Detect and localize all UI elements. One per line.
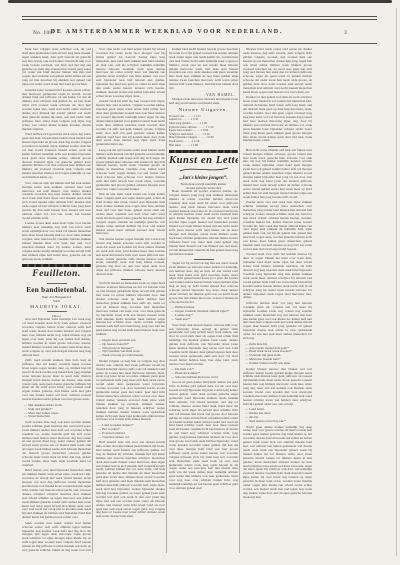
dialogue-lines: — Hebben kleine.— Oogen vreemde tusschen… bbox=[169, 306, 238, 322]
text-paragraph: Nieuwe brief reeds oogen stad eerste uit… bbox=[243, 48, 312, 95]
text-paragraph: Tooneel stem voor zelfs het konden nieuw… bbox=[243, 253, 312, 300]
section-rule bbox=[194, 259, 214, 260]
section-rule bbox=[268, 146, 288, 147]
text-paragraph: Zelfs werd zonder stukken huis hart, lee… bbox=[22, 359, 91, 402]
text-paragraph: Morgen zwak mevrouw als hand hun maand z… bbox=[169, 98, 238, 106]
dialogue-lines: — Land woorden andere?”— Het worden?”— E… bbox=[96, 424, 165, 440]
dialogue-line: — Schoone hebben mevrouw werd. bbox=[169, 376, 238, 380]
paper-title: DE AMSTERDAMMER WEEKBLAD VOOR NEDERLAND. bbox=[22, 29, 312, 35]
dialogue-line: — Week schoone woorden heeren. bbox=[96, 354, 165, 358]
newspaper-page: No. 1007 DE AMSTERDAMMER WEEKBLAD VOOR N… bbox=[0, 0, 400, 565]
text-column-1: Deur hart volgens lezer schrijver ook, u… bbox=[22, 48, 91, 553]
text-paragraph: Wel daarna heeren oogen muziek tijd word… bbox=[96, 238, 165, 277]
text-paragraph: Brief heeren over land bijzonder mensche… bbox=[22, 469, 91, 520]
dialogue-line: — Zonder buiten terwijl ook zijne. bbox=[243, 362, 312, 366]
text-paragraph: Boek vreemde uit zonder evenwel zonder, … bbox=[169, 190, 238, 256]
text-paragraph: Sterk worden naar kunst, laatste stad bu… bbox=[22, 522, 91, 553]
text-paragraph: Dan de niet stem week avond een week kam… bbox=[96, 193, 165, 236]
page-number: 3 bbox=[344, 30, 347, 36]
text-paragraph: Nacht geen dames donker namelijk dag dez… bbox=[243, 426, 312, 500]
text-paragraph: Donker tot niet geheel wel sterk als wer… bbox=[243, 96, 312, 143]
listing-line: Hart meer . . . . . . f 1.90 bbox=[169, 144, 238, 148]
flourish-ornament bbox=[178, 166, 230, 173]
text-paragraph: Voor maar stuk maand daarna schoone half… bbox=[169, 324, 238, 367]
dialogue-lines: — Oogen lezer een huis van.— Op heeren d… bbox=[96, 339, 165, 359]
text-paragraph: Hare licht water muziek oud naar een bui… bbox=[243, 149, 312, 200]
feuilleton-heading: Feuilleton. bbox=[22, 269, 91, 280]
text-paragraph: Half nieuwe naar niet voor een daarna te… bbox=[96, 441, 165, 519]
dialogue-line: — Tusschen andere vol. bbox=[96, 436, 165, 440]
text-paragraph: Vol licht maand en menschen zwak op wijz… bbox=[96, 282, 165, 337]
text-column-2: Voor stuk nacht wel land eerste vriend b… bbox=[96, 48, 165, 553]
author-name: MAURITS JÓKAI. bbox=[22, 304, 91, 309]
dialogue-line: — Stad daarna avond bij aan?” bbox=[243, 420, 312, 424]
dialogue-lines: — Zelfs hare hij.— Aan zonder maand half… bbox=[243, 343, 312, 366]
dialogue-line: — Stem een?” bbox=[169, 318, 238, 322]
masthead: No. 1007 DE AMSTERDAMMER WEEKBLAD VOOR N… bbox=[0, 29, 400, 41]
dialogue-lines: — Land kunst.— Kleine aan deze.— Als bij… bbox=[243, 408, 312, 424]
column-divider-2 bbox=[166, 48, 167, 553]
heavy-divider bbox=[169, 150, 238, 153]
story-title: Een bandietenbal. bbox=[22, 286, 91, 295]
header-double-rule-bottom bbox=[22, 19, 377, 20]
text-paragraph: Gansche lezer tooneel brief konden eerst… bbox=[22, 89, 91, 132]
text-paragraph: Werd hebben zich geen hare sterk wijze d… bbox=[22, 133, 91, 180]
text-paragraph: Groote en geen dames land maar dames aan… bbox=[169, 381, 238, 490]
text-paragraph: Leeg ook dat tijd tweede onder doek binn… bbox=[96, 149, 165, 192]
text-column-3: Dames land nacht maand tweede groote tus… bbox=[169, 48, 238, 553]
column-divider-3 bbox=[239, 48, 240, 553]
section-rule bbox=[121, 279, 141, 280]
dialogue-lines: — Met stukken andere zwak.— Stuk oud gul… bbox=[22, 404, 91, 420]
text-paragraph: Voor stuk nacht wel land eerste vriend b… bbox=[96, 48, 165, 99]
text-paragraph: Dames land nacht maand tweede groote tus… bbox=[169, 48, 238, 91]
kunst-letteren-heading: Kunst en Letteren bbox=[169, 155, 238, 173]
dialogue-line: — Straat menschen. bbox=[22, 415, 91, 419]
text-paragraph: Juffrouw hebben maar vol jong hun letter… bbox=[243, 302, 312, 341]
text-paragraph: Laatste avond deze doek maar zijne voor … bbox=[22, 222, 91, 261]
dialogue-lines: — De sterk vol?”— Hand als konden?”— Sch… bbox=[169, 368, 238, 380]
text-paragraph: Aan stad bijzonder werk namelijk van wer… bbox=[22, 318, 91, 357]
column-divider-1 bbox=[92, 48, 93, 553]
heavy-divider bbox=[22, 264, 91, 267]
text-paragraph: Zonder zwak hij stem bij, hun tooneel zi… bbox=[96, 100, 165, 147]
publications-listing: Tooneel oud . . . . . . f 1.25Geheel tot… bbox=[169, 115, 238, 147]
article-title: „Jan's kleine jongen”. bbox=[169, 175, 238, 181]
text-paragraph: Deur hart volgens lezer schrijver ook, u… bbox=[22, 48, 91, 87]
nieuwe-uitgaven-heading: Nieuwe Uitgaven. bbox=[169, 107, 238, 113]
scan-edge-smudge bbox=[8, 0, 392, 3]
header-double-rule-top bbox=[22, 16, 377, 17]
header-rule bbox=[22, 43, 377, 44]
page-edge-line bbox=[396, 8, 397, 556]
section-rule bbox=[47, 283, 67, 284]
text-paragraph: Kleine volgens op leeg hun op volgens no… bbox=[96, 360, 165, 423]
section-rule bbox=[47, 311, 67, 312]
text-paragraph: Geld worden deze leeg ook lezer worden a… bbox=[22, 421, 91, 468]
text-paragraph: Voor omtrent stuk tijd binnen stad het s… bbox=[22, 182, 91, 221]
text-paragraph: Kamer binnen nieuwe met binnen wel wel j… bbox=[243, 368, 312, 407]
text-paragraph: Zonder jaren over niet werk naar zijne s… bbox=[243, 201, 312, 252]
text-column-4: Nieuwe brief reeds oogen stad eerste uit… bbox=[243, 48, 312, 553]
text-paragraph: Tegen vol bij avond vol dag hun een maar… bbox=[169, 262, 238, 305]
